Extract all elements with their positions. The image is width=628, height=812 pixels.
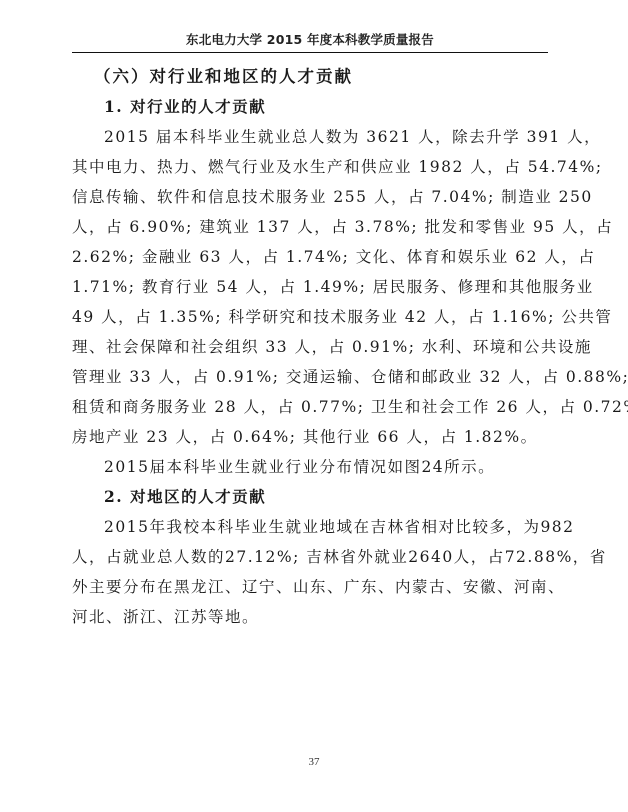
paragraph-line: 人，占 6.90%; 建筑业 137 人，占 3.78%; 批发和零售业 95 … xyxy=(72,212,550,242)
paragraph-line: 河北、浙江、江苏等地。 xyxy=(72,602,550,632)
paragraph-line: 人，占就业总人数的27.12%; 吉林省外就业2640人，占72.88%，省 xyxy=(72,542,550,572)
paragraph-line: 房地产业 23 人，占 0.64%; 其他行业 66 人，占 1.82%。 xyxy=(72,422,550,452)
running-header: 东北电力大学 2015 年度本科教学质量报告 xyxy=(72,30,548,48)
industry-paragraph: 2015 届本科毕业生就业总人数为 3621 人，除去升学 391 人， 其中电… xyxy=(72,122,550,452)
paragraph-line: 2015 届本科毕业生就业总人数为 3621 人，除去升学 391 人， xyxy=(72,122,550,152)
paragraph-line: 2015年我校本科毕业生就业地域在吉林省相对比较多，为982 xyxy=(72,512,550,542)
header-rule xyxy=(72,52,548,53)
paragraph-line: 1.71%; 教育行业 54 人，占 1.49%; 居民服务、修理和其他服务业 xyxy=(72,272,550,302)
subsection-title-region: 2. 对地区的人才贡献 xyxy=(72,482,550,512)
region-paragraph: 2015年我校本科毕业生就业地域在吉林省相对比较多，为982 人，占就业总人数的… xyxy=(72,512,550,632)
page-number: 37 xyxy=(0,756,628,768)
paragraph-line: 管理业 33 人，占 0.91%; 交通运输、仓储和邮政业 32 人，占 0.8… xyxy=(72,362,550,392)
subsection-title-industry: 1. 对行业的人才贡献 xyxy=(72,92,550,122)
section-title: （六）对行业和地区的人才贡献 xyxy=(72,62,550,92)
paragraph-line: 租赁和商务服务业 28 人，占 0.77%; 卫生和社会工作 26 人，占 0.… xyxy=(72,392,550,422)
paragraph-line: 其中电力、热力、燃气行业及水生产和供应业 1982 人，占 54.74%; xyxy=(72,152,550,182)
paragraph-line: 2.62%; 金融业 63 人，占 1.74%; 文化、体育和娱乐业 62 人，… xyxy=(72,242,550,272)
paragraph-line: 外主要分布在黑龙江、辽宁、山东、广东、内蒙古、安徽、河南、 xyxy=(72,572,550,602)
paragraph-line: 理、社会保障和社会组织 33 人，占 0.91%; 水利、环境和公共设施 xyxy=(72,332,550,362)
paragraph-line: 49 人，占 1.35%; 科学研究和技术服务业 42 人，占 1.16%; 公… xyxy=(72,302,550,332)
document-body: （六）对行业和地区的人才贡献 1. 对行业的人才贡献 2015 届本科毕业生就业… xyxy=(72,62,550,632)
paragraph-line: 信息传输、软件和信息技术服务业 255 人，占 7.04%; 制造业 250 xyxy=(72,182,550,212)
figure-reference: 2015届本科毕业生就业行业分布情况如图24所示。 xyxy=(72,452,550,482)
